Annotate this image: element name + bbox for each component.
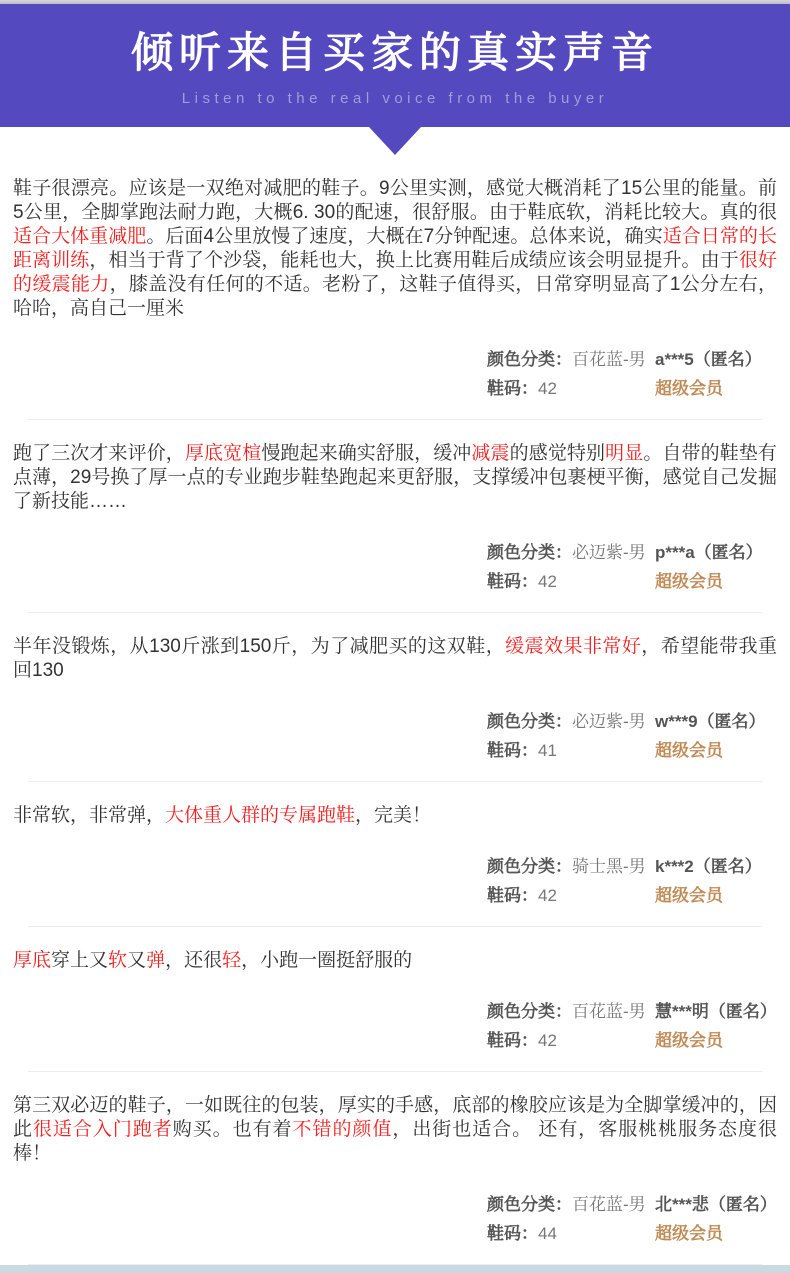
review-plain-text: ，小跑一圈挺舒服的 (241, 950, 412, 971)
meta-size-label: 鞋码： (487, 1031, 538, 1050)
review-text: 鞋子很漂亮。应该是一双绝对减肥的鞋子。9公里实测，感觉大概消耗了15公里的能量。… (13, 177, 777, 321)
review-meta-left: 颜色分类：百花蓝-男 鞋码：42 (487, 345, 655, 403)
banner-pointer-row (0, 127, 790, 155)
review-meta: 颜色分类：必迈紫-男 鞋码：41 w***9（匿名） 超级会员 (13, 707, 777, 765)
review-plain-text: 又 (127, 950, 146, 971)
meta-color-value: 百花蓝-男 (572, 350, 646, 369)
review-meta: 颜色分类：骑士黑-男 鞋码：42 k***2（匿名） 超级会员 (13, 852, 777, 910)
member-badge: 超级会员 (655, 1219, 777, 1248)
meta-color-label: 颜色分类： (487, 857, 572, 876)
review-plain-text: 鞋子很漂亮。应该是一双绝对减肥的鞋子。9公里实测，感觉大概消耗了15公里的能量。… (13, 178, 777, 223)
review-plain-text: 跑了三次才来评价， (13, 443, 185, 464)
review-meta-left: 颜色分类：骑士黑-男 鞋码：42 (487, 852, 655, 910)
review-plain-text: 半年没锻炼，从130斤涨到150斤，为了减肥买的这双鞋， (13, 636, 505, 657)
meta-color-row: 颜色分类：百花蓝-男 (487, 1190, 655, 1219)
review-highlight-text: 适合大体重减肥 (13, 226, 146, 247)
meta-color-value: 百花蓝-男 (572, 1002, 646, 1021)
meta-size-value: 42 (538, 572, 557, 591)
review-item: 第三双必迈的鞋子，一如既往的包装，厚实的手感，底部的橡胶应该是为全脚掌缓冲的，因… (13, 1072, 777, 1265)
member-badge: 超级会员 (655, 567, 777, 596)
reviewer-name: p***a（匿名） (655, 538, 777, 567)
review-text: 跑了三次才来评价，厚底宽楦慢跑起来确实舒服，缓冲减震的感觉特别明显。自带的鞋垫有… (13, 442, 777, 514)
reviewer-name: k***2（匿名） (655, 852, 777, 881)
meta-size-value: 41 (538, 741, 557, 760)
review-highlight-text: 明显 (605, 443, 643, 464)
meta-size-label: 鞋码： (487, 886, 538, 905)
meta-color-row: 颜色分类：必迈紫-男 (487, 707, 655, 736)
reviewer-name: 北***悲（匿名） (655, 1190, 777, 1219)
meta-size-label: 鞋码： (487, 1224, 538, 1243)
member-badge: 超级会员 (655, 374, 777, 403)
meta-size-value: 44 (538, 1224, 557, 1243)
meta-color-label: 颜色分类： (487, 543, 572, 562)
banner-pointer-triangle (369, 127, 421, 155)
meta-size-row: 鞋码：42 (487, 1026, 655, 1055)
review-meta-left: 颜色分类：百花蓝-男 鞋码：44 (487, 1190, 655, 1248)
review-plain-text: ，膝盖没有任何的不适。老粉了，这鞋子值得买，日常穿明显高了1公分左右，哈哈，高自… (13, 274, 777, 319)
meta-size-label: 鞋码： (487, 572, 538, 591)
meta-color-label: 颜色分类： (487, 1002, 572, 1021)
review-plain-text: 穿上又 (51, 950, 108, 971)
review-meta-right: k***2（匿名） 超级会员 (655, 852, 777, 910)
page-title: 倾听来自买家的真实声音 (0, 20, 790, 80)
meta-color-row: 颜色分类：必迈紫-男 (487, 538, 655, 567)
review-list: 鞋子很漂亮。应该是一双绝对减肥的鞋子。9公里实测，感觉大概消耗了15公里的能量。… (0, 155, 790, 1265)
review-meta-left: 颜色分类：必迈紫-男 鞋码：41 (487, 707, 655, 765)
review-highlight-text: 减震 (471, 443, 509, 464)
review-plain-text: 购买。也有着 (173, 1119, 293, 1140)
review-plain-text: 非常软，非常弹， (13, 805, 165, 826)
reviewer-name: 慧***明（匿名） (655, 997, 777, 1026)
review-meta-right: a***5（匿名） 超级会员 (655, 345, 777, 403)
meta-color-label: 颜色分类： (487, 1195, 572, 1214)
meta-size-row: 鞋码：44 (487, 1219, 655, 1248)
review-meta-left: 颜色分类：百花蓝-男 鞋码：42 (487, 997, 655, 1055)
review-item: 跑了三次才来评价，厚底宽楦慢跑起来确实舒服，缓冲减震的感觉特别明显。自带的鞋垫有… (13, 420, 777, 613)
meta-color-value: 必迈紫-男 (572, 712, 646, 731)
review-meta: 颜色分类：百花蓝-男 鞋码：42 a***5（匿名） 超级会员 (13, 345, 777, 403)
review-plain-text: ，相当于背了个沙袋，能耗也大，换上比赛用鞋后成绩应该会明显提升。由于 (89, 250, 738, 271)
review-meta: 颜色分类：百花蓝-男 鞋码：42 慧***明（匿名） 超级会员 (13, 997, 777, 1055)
meta-color-row: 颜色分类：骑士黑-男 (487, 852, 655, 881)
bottom-edge-strip (0, 1265, 790, 1273)
meta-size-row: 鞋码：42 (487, 881, 655, 910)
review-text: 非常软，非常弹，大体重人群的专属跑鞋，完美！ (13, 804, 777, 828)
meta-color-value: 百花蓝-男 (572, 1195, 646, 1214)
reviewer-name: a***5（匿名） (655, 345, 777, 374)
meta-color-label: 颜色分类： (487, 350, 572, 369)
meta-color-value: 骑士黑-男 (572, 857, 646, 876)
review-plain-text: ，还很 (165, 950, 222, 971)
meta-size-row: 鞋码：42 (487, 374, 655, 403)
review-plain-text: ，完美！ (355, 805, 431, 826)
review-text: 第三双必迈的鞋子，一如既往的包装，厚实的手感，底部的橡胶应该是为全脚掌缓冲的，因… (13, 1094, 777, 1166)
review-highlight-text: 厚底 (13, 950, 51, 971)
review-meta-right: p***a（匿名） 超级会员 (655, 538, 777, 596)
page-header-banner: 倾听来自买家的真实声音 Listen to the real voice fro… (0, 4, 790, 127)
review-plain-text: 慢跑起来确实舒服，缓冲 (261, 443, 471, 464)
meta-size-value: 42 (538, 1031, 557, 1050)
member-badge: 超级会员 (655, 1026, 777, 1055)
review-highlight-text: 缓震效果非常好 (505, 636, 641, 657)
meta-size-value: 42 (538, 379, 557, 398)
meta-size-row: 鞋码：42 (487, 567, 655, 596)
meta-color-value: 必迈紫-男 (572, 543, 646, 562)
page-subtitle: Listen to the real voice from the buyer (0, 90, 790, 107)
review-highlight-text: 厚底宽楦 (185, 443, 261, 464)
review-highlight-text: 很适合入门跑者 (33, 1119, 173, 1140)
review-text: 厚底穿上又软又弹，还很轻，小跑一圈挺舒服的 (13, 949, 777, 973)
review-item: 鞋子很漂亮。应该是一双绝对减肥的鞋子。9公里实测，感觉大概消耗了15公里的能量。… (13, 155, 777, 420)
reviewer-name: w***9（匿名） (655, 707, 777, 736)
meta-color-label: 颜色分类： (487, 712, 572, 731)
review-highlight-text: 轻 (222, 950, 241, 971)
review-highlight-text: 弹 (146, 950, 165, 971)
review-meta: 颜色分类：必迈紫-男 鞋码：42 p***a（匿名） 超级会员 (13, 538, 777, 596)
meta-color-row: 颜色分类：百花蓝-男 (487, 345, 655, 374)
meta-size-row: 鞋码：41 (487, 736, 655, 765)
review-text: 半年没锻炼，从130斤涨到150斤，为了减肥买的这双鞋，缓震效果非常好，希望能带… (13, 635, 777, 683)
member-badge: 超级会员 (655, 736, 777, 765)
review-plain-text: 的感觉特别 (510, 443, 606, 464)
review-meta-right: w***9（匿名） 超级会员 (655, 707, 777, 765)
meta-size-label: 鞋码： (487, 379, 538, 398)
review-highlight-text: 大体重人群的专属跑鞋 (165, 805, 355, 826)
review-meta-right: 北***悲（匿名） 超级会员 (655, 1190, 777, 1248)
review-item: 非常软，非常弹，大体重人群的专属跑鞋，完美！ 颜色分类：骑士黑-男 鞋码：42 … (13, 782, 777, 927)
review-highlight-text: 软 (108, 950, 127, 971)
review-meta-right: 慧***明（匿名） 超级会员 (655, 997, 777, 1055)
meta-color-row: 颜色分类：百花蓝-男 (487, 997, 655, 1026)
review-item: 半年没锻炼，从130斤涨到150斤，为了减肥买的这双鞋，缓震效果非常好，希望能带… (13, 613, 777, 782)
review-item: 厚底穿上又软又弹，还很轻，小跑一圈挺舒服的 颜色分类：百花蓝-男 鞋码：42 慧… (13, 927, 777, 1072)
meta-size-value: 42 (538, 886, 557, 905)
review-meta-left: 颜色分类：必迈紫-男 鞋码：42 (487, 538, 655, 596)
review-highlight-text: 不错的颜值 (293, 1119, 393, 1140)
member-badge: 超级会员 (655, 881, 777, 910)
review-plain-text: 。后面4公里放慢了速度，大概在7分钟配速。总体来说，确实 (146, 226, 662, 247)
meta-size-label: 鞋码： (487, 741, 538, 760)
review-meta: 颜色分类：百花蓝-男 鞋码：44 北***悲（匿名） 超级会员 (13, 1190, 777, 1248)
